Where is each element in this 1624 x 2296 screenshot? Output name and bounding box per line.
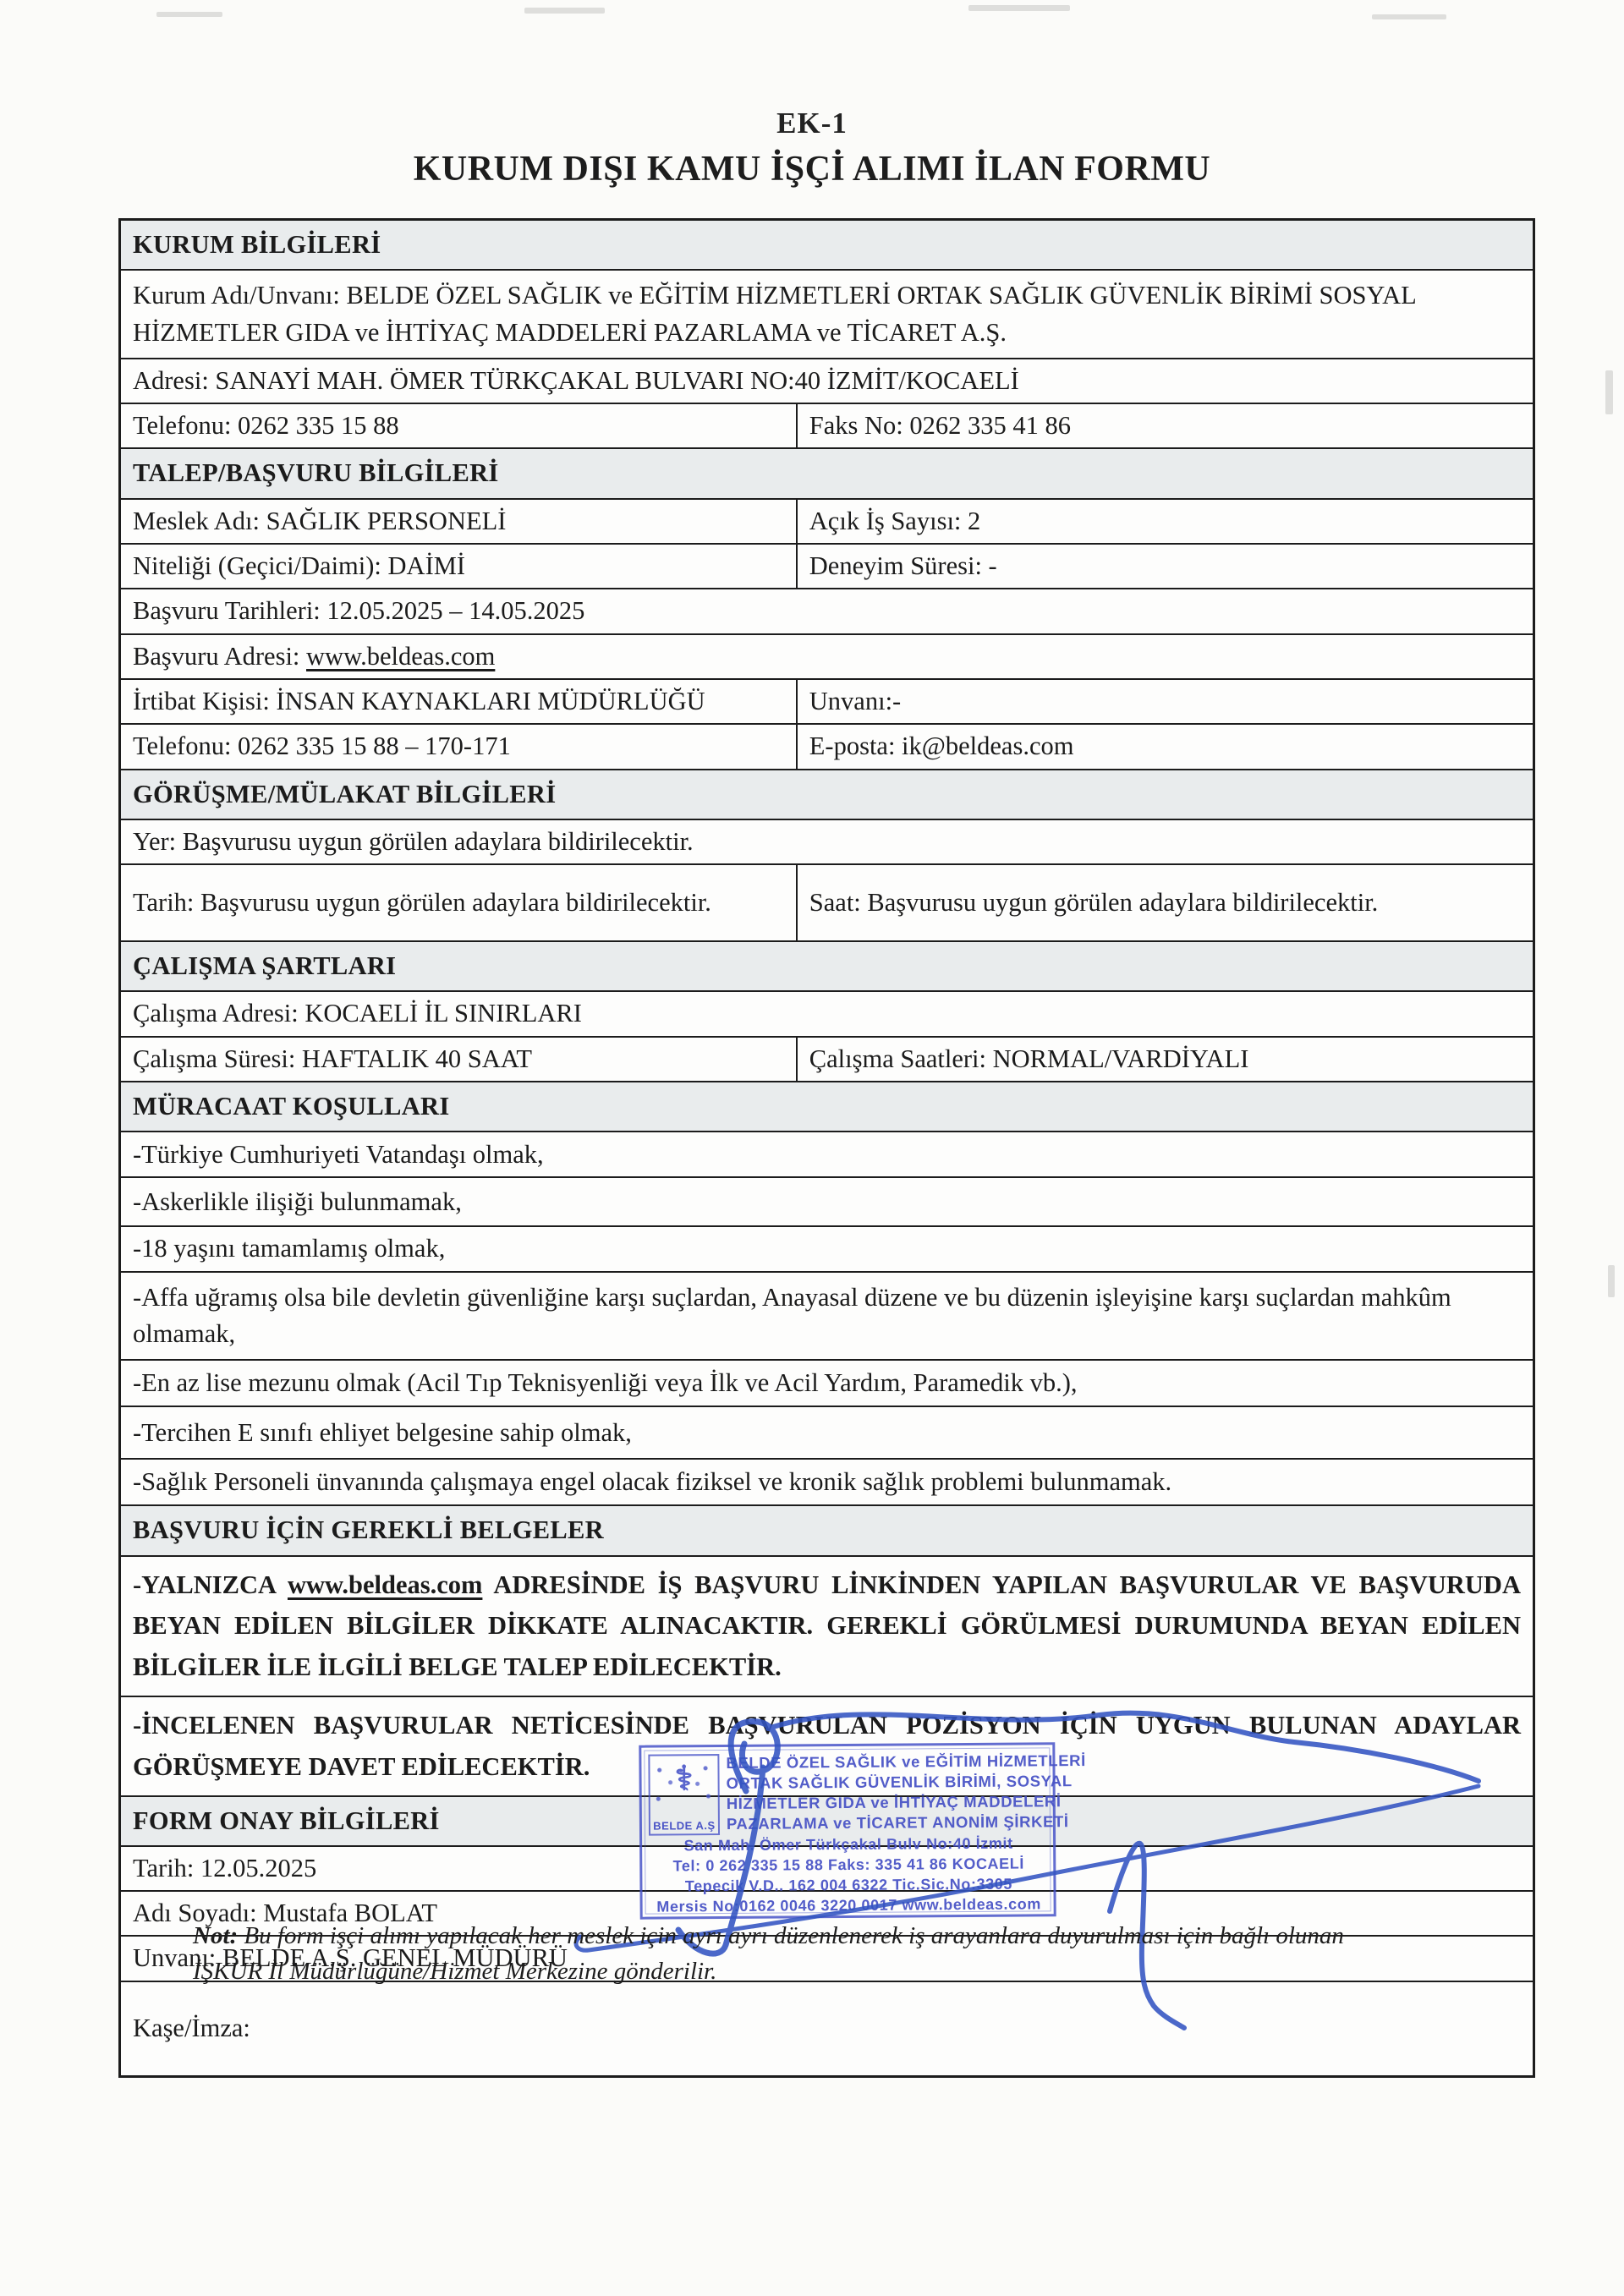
field-value: Tarih: 12.05.2025 [121,1847,1533,1890]
field-acik-is-sayisi: Açık İş Sayısı: 2 [796,500,1533,543]
field-meslek-acikis: Meslek Adı: SAĞLIK PERSONELİ Açık İş Say… [121,500,1533,545]
field-gorusme-tarih: Tarih: Başvurusu uygun görülen adaylara … [121,865,796,940]
section-header-belgeler: BAŞVURU İÇİN GEREKLİ BELGELER [121,1506,1533,1556]
requirement-text: -Affa uğramış olsa bile devletin güvenli… [121,1273,1533,1360]
requirement-text: -En az lise mezunu olmak (Acil Tıp Tekni… [121,1361,1533,1406]
section-header-calisma: ÇALIŞMA ŞARTLARI [121,942,1533,992]
field-telefonu: Telefonu: 0262 335 15 88 [121,404,796,447]
scan-artifact [156,12,222,17]
scan-artifact [968,5,1070,11]
requirement-text: -Askerlikle ilişiği bulunmamak, [121,1178,1533,1225]
paragraph-text: -YALNIZCA www.beldeas.com ADRESİNDE İŞ B… [121,1557,1533,1696]
field-calisma-saatleri: Çalışma Saatleri: NORMAL/VARDİYALI [796,1038,1533,1081]
field-value: Adresi: SANAYİ MAH. ÖMER TÜRKÇAKAL BULVA… [121,359,1533,403]
requirement-text: -Sağlık Personeli ünvanında çalışmaya en… [121,1460,1533,1504]
field-kurum-adi-unvani: Kurum Adı/Unvanı: BELDE ÖZEL SAĞLIK ve E… [121,271,1533,359]
field-telefonu-2: Telefonu: 0262 335 15 88 – 170-171 [121,725,796,768]
field-value: Çalışma Adresi: KOCAELİ İL SINIRLARI [121,992,1533,1035]
requirement-text: -18 yaşını tamamlamış olmak, [121,1227,1533,1270]
section-header-gorusme: GÖRÜŞME/MÜLAKAT BİLGİLERİ [121,770,1533,820]
section-title: MÜRACAAT KOŞULLARI [121,1082,1533,1131]
field-tarih-saat: Tarih: Başvurusu uygun görülen adaylara … [121,865,1533,942]
scanned-form-page: EK-1 KURUM DIŞI KAMU İŞÇİ ALIMI İLAN FOR… [0,0,1624,2296]
requirement-row: -Türkiye Cumhuriyeti Vatandaşı olmak, [121,1132,1533,1178]
page-title: KURUM DIŞI KAMU İŞÇİ ALIMI İLAN FORMU [0,149,1624,189]
field-adresi: Adresi: SANAYİ MAH. ÖMER TÜRKÇAKAL BULVA… [121,359,1533,404]
scan-artifact [524,8,605,14]
field-gorusme-saat: Saat: Başvurusu uygun görülen adaylara b… [796,865,1533,940]
field-calisma-adresi: Çalışma Adresi: KOCAELİ İL SINIRLARI [121,992,1533,1037]
field-onay-tarih: Tarih: 12.05.2025 [121,1847,1533,1892]
note-label: Not: [193,1922,238,1949]
paragraph-prefix: -YALNIZCA [133,1570,288,1599]
field-telefon-faks: Telefonu: 0262 335 15 88 Faks No: 0262 3… [121,404,1533,449]
section-title: ÇALIŞMA ŞARTLARI [121,942,1533,990]
paragraph-text: -İNCELENEN BAŞVURULAR NETİCESİNDE BAŞVUR… [121,1697,1533,1795]
section-title: BAŞVURU İÇİN GEREKLİ BELGELER [121,1506,1533,1554]
requirement-row: -Affa uğramış olsa bile devletin güvenli… [121,1273,1533,1362]
field-basvuru-tarihleri: Başvuru Tarihleri: 12.05.2025 – 14.05.20… [121,589,1533,634]
field-irtibat-kisisi: İrtibat Kişisi: İNSAN KAYNAKLARI MÜDÜRLÜ… [121,680,796,723]
field-value: Başvuru Tarihleri: 12.05.2025 – 14.05.20… [121,589,1533,633]
scan-artifact [1608,1265,1615,1297]
section-title: KURUM BİLGİLERİ [121,221,1533,269]
belgeler-paragraph-2: -İNCELENEN BAŞVURULAR NETİCESİNDE BAŞVUR… [121,1697,1533,1797]
field-eposta: E-posta: ik@beldeas.com [796,725,1533,768]
section-header-form-onay: FORM ONAY BİLGİLERİ [121,1797,1533,1847]
field-deneyim-suresi: Deneyim Süresi: - [796,545,1533,588]
section-header-kurum-bilgileri: KURUM BİLGİLERİ [121,221,1533,271]
form-table: KURUM BİLGİLERİ Kurum Adı/Unvanı: BELDE … [118,218,1535,2078]
requirement-row: -Tercihen E sınıfı ehliyet belgesine sah… [121,1407,1533,1460]
requirement-text: -Türkiye Cumhuriyeti Vatandaşı olmak, [121,1132,1533,1176]
field-value: Kurum Adı/Unvanı: BELDE ÖZEL SAĞLIK ve E… [121,271,1533,358]
belgeler-beldeas-link[interactable]: www.beldeas.com [288,1570,482,1599]
basvuru-adresi-link[interactable]: www.beldeas.com [306,638,495,675]
field-value: Yer: Başvurusu uygun görülen adaylara bi… [121,820,1533,863]
requirement-text: -Tercihen E sınıfı ehliyet belgesine sah… [121,1407,1533,1458]
field-faks: Faks No: 0262 335 41 86 [796,404,1533,447]
field-calisma-suresi-saatleri: Çalışma Süresi: HAFTALIK 40 SAAT Çalışma… [121,1038,1533,1082]
field-niteligi: Niteliği (Geçici/Daimi): DAİMİ [121,545,796,588]
section-title: TALEP/BAŞVURU BİLGİLERİ [121,449,1533,497]
field-niteligi-deneyim: Niteliği (Geçici/Daimi): DAİMİ Deneyim S… [121,545,1533,589]
field-meslek-adi: Meslek Adı: SAĞLIK PERSONELİ [121,500,796,543]
section-title: GÖRÜŞME/MÜLAKAT BİLGİLERİ [121,770,1533,819]
requirement-row: -Askerlikle ilişiği bulunmamak, [121,1178,1533,1227]
annex-label: EK-1 [0,107,1624,140]
belgeler-paragraph-1: -YALNIZCA www.beldeas.com ADRESİNDE İŞ B… [121,1557,1533,1697]
note-text: Bu form işçi alımı yapılacak her meslek … [193,1922,1344,1985]
field-value: Başvuru Adresi: www.beldeas.com [121,635,1533,678]
section-title: FORM ONAY BİLGİLERİ [121,1797,1533,1845]
field-value: Kaşe/İmza: [121,1982,1533,2075]
requirement-row: -En az lise mezunu olmak (Acil Tıp Tekni… [121,1361,1533,1407]
scan-artifact [1372,14,1446,19]
scan-artifact [1605,370,1613,414]
requirement-row: -18 yaşını tamamlamış olmak, [121,1227,1533,1272]
form-note: Not: Bu form işçi alımı yapılacak her me… [193,1918,1352,1989]
field-telefon-eposta: Telefonu: 0262 335 15 88 – 170-171 E-pos… [121,725,1533,770]
field-irtibat-unvan: İrtibat Kişisi: İNSAN KAYNAKLARI MÜDÜRLÜ… [121,680,1533,725]
field-unvani: Unvanı:- [796,680,1533,723]
section-header-talep-basvuru: TALEP/BAŞVURU BİLGİLERİ [121,449,1533,499]
section-header-muracaat: MÜRACAAT KOŞULLARI [121,1082,1533,1132]
field-basvuru-adresi: Başvuru Adresi: www.beldeas.com [121,635,1533,680]
field-yer: Yer: Başvurusu uygun görülen adaylara bi… [121,820,1533,865]
field-label: Başvuru Adresi: [133,638,306,675]
field-calisma-suresi: Çalışma Süresi: HAFTALIK 40 SAAT [121,1038,796,1081]
field-kase-imza: Kaşe/İmza: [121,1982,1533,2075]
requirement-row: -Sağlık Personeli ünvanında çalışmaya en… [121,1460,1533,1506]
